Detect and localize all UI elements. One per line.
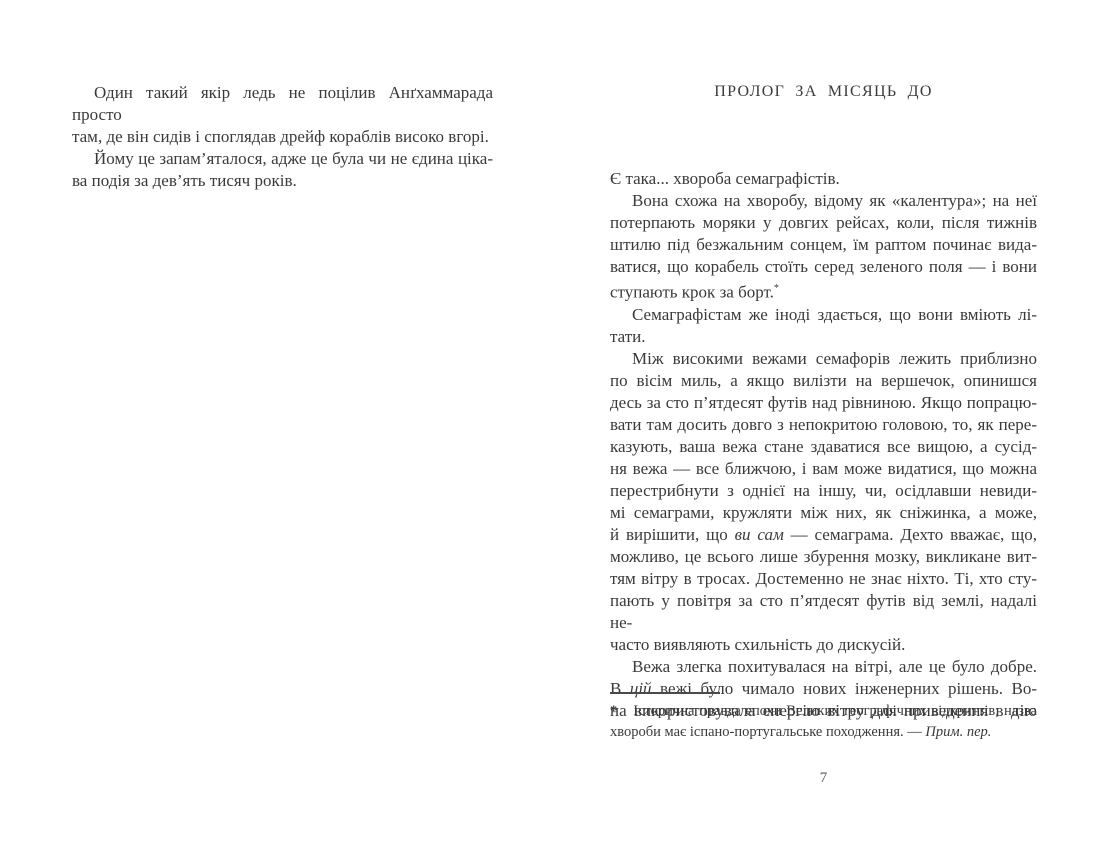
text-line: ня вежа — все ближчою, і вам може видати…: [610, 458, 1037, 480]
text-line: й вирішити, що ви сам — семаграма. Дехто…: [610, 524, 1037, 546]
text-line: Є така... хвороба семаграфістів.: [610, 168, 1037, 190]
text-line: часто виявляють схильність до дискусій.: [610, 634, 1037, 656]
paragraph: Вона схожа на хворобу, відому як «калент…: [610, 190, 1037, 304]
text-line: можливо, це всього лише збурення мозку, …: [610, 546, 1037, 568]
text-line: перестрибнути з однієї на іншу, чи, осід…: [610, 480, 1037, 502]
text-line: ватися, що корабель стоїть серед зеленог…: [610, 256, 1037, 278]
italic-text: ви сам: [735, 525, 784, 544]
text-line: пають у повітря за сто п’ятдесят футів в…: [610, 590, 1037, 634]
text-line: ступають крок за борт.*: [610, 278, 1037, 304]
text-line: ва подія за дев’ять тисяч років.: [72, 170, 493, 192]
text-line: Вежа злегка похитувалася на вітрі, але ц…: [610, 656, 1037, 678]
text-line: там, де він сидів і споглядав дрейф кора…: [72, 126, 493, 148]
paragraph: Є така... хвороба семаграфістів.: [610, 168, 1037, 190]
right-page-text: Є така... хвороба семаграфістів.Вона схо…: [610, 168, 1037, 722]
footnote-rule: [610, 692, 720, 694]
paragraph: Між високими вежами семафорів лежить при…: [610, 348, 1037, 656]
text-line: мі семаграми, кружляти між них, як сніжи…: [610, 502, 1037, 524]
footnote-text: *Історична правда епохи Великих географі…: [610, 701, 1037, 743]
paragraph: Семаграфістам же іноді здається, що вони…: [610, 304, 1037, 348]
text-line: Вона схожа на хворобу, відому як «калент…: [610, 190, 1037, 212]
text-line: потерпають моряки у довгих рейсах, коли,…: [610, 212, 1037, 234]
left-page-text: Один такий якір ледь не поцілив Анґхамма…: [72, 82, 493, 192]
chapter-heading: ПРОЛОГ ЗА МІСЯЦЬ ДО: [610, 83, 1037, 101]
text-line: по вісім миль, а якщо вилізти на вершечо…: [610, 370, 1037, 392]
footnote-marker-ref: *: [774, 283, 779, 294]
text-line: штилю під безжальним сонцем, їм раптом п…: [610, 234, 1037, 256]
footnote: *Історична правда епохи Великих географі…: [610, 692, 1037, 743]
italic-text: Прим. пер.: [925, 724, 991, 740]
paragraph: Йому це запам’яталося, адже це була чи н…: [72, 148, 493, 192]
text-line: тати.: [610, 326, 1037, 348]
text-line: тям вітру в тросах. Достеменно не знає н…: [610, 568, 1037, 590]
text-line: вати там досить довго з непокритою голов…: [610, 414, 1037, 436]
page-number: 7: [610, 770, 1037, 787]
text-line: Семаграфістам же іноді здається, що вони…: [610, 304, 1037, 326]
text-line: десь за сто п’ятдесят футів над рівниною…: [610, 392, 1037, 414]
text-line: Між високими вежами семафорів лежить при…: [610, 348, 1037, 370]
text-line: Один такий якір ледь не поцілив Анґхамма…: [72, 82, 493, 126]
paragraph: Один такий якір ледь не поцілив Анґхамма…: [72, 82, 493, 148]
text-line: Йому це запам’яталося, адже це була чи н…: [72, 148, 493, 170]
footnote-line: *Історична правда епохи Великих географі…: [610, 701, 1037, 722]
footnote-line: хвороби має іспано-португальське походже…: [610, 722, 1037, 743]
text-line: казують, ваша вежа стане здаватися все в…: [610, 436, 1037, 458]
footnote-marker: *: [610, 703, 617, 719]
